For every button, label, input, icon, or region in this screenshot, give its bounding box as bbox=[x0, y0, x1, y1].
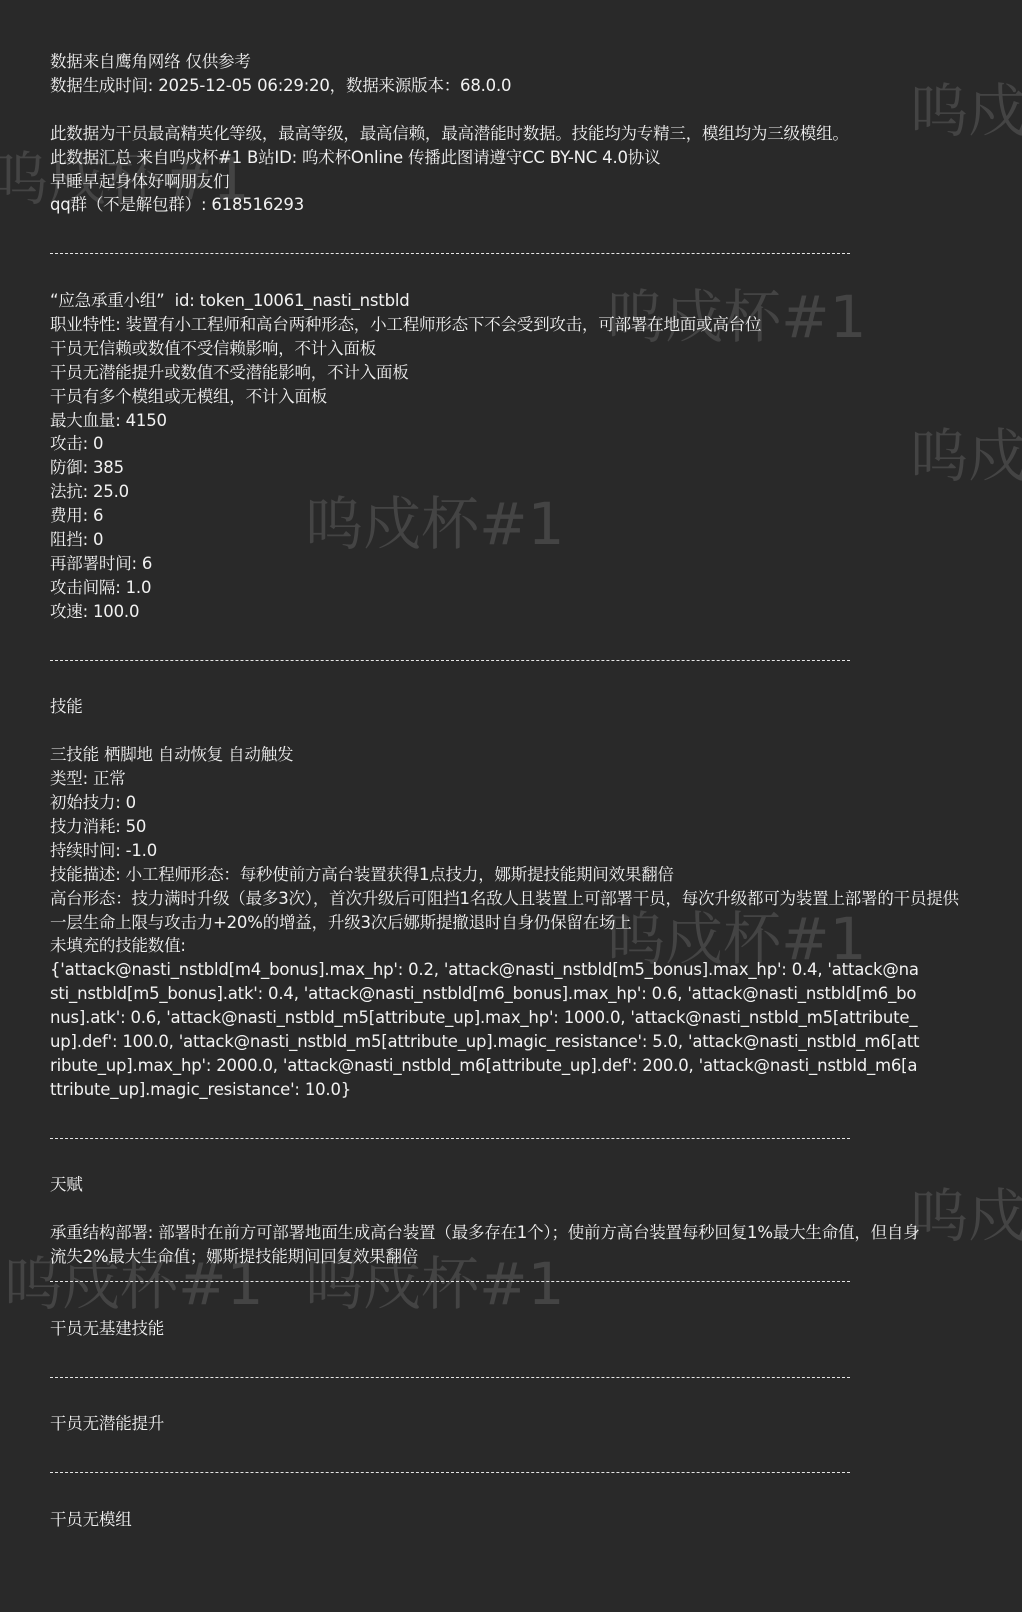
data-source-note: 数据来自鹰角网络 仅供参考 bbox=[50, 50, 990, 74]
stat-max-hp: 最大血量: 4150 bbox=[50, 409, 990, 433]
generated-time: 数据生成时间: 2025-12-05 06:29:20，数据来源版本：68.0.… bbox=[50, 74, 990, 98]
skill-description-platform: 高台形态：技力满时升级（最多3次），首次升级后可阻挡1名敌人且装置上可部署干员，… bbox=[50, 887, 975, 935]
potential-note: 干员无潜能提升或数值不受潜能影响，不计入面板 bbox=[50, 361, 990, 385]
operator-trait: 职业特性: 装置有小工程师和高台两种形态，小工程师形态下不会受到攻击，可部署在地… bbox=[50, 313, 990, 337]
qq-group: qq群（不是解包群）: 618516293 bbox=[50, 193, 990, 217]
stat-block: 阻挡: 0 bbox=[50, 528, 990, 552]
stat-atk: 攻击: 0 bbox=[50, 432, 990, 456]
trust-note: 干员无信赖或数值不受信赖影响，不计入面板 bbox=[50, 337, 990, 361]
talent-heading: 天赋 bbox=[50, 1173, 990, 1197]
unfilled-values: {'attack@nasti_nstbld[m4_bonus].max_hp':… bbox=[50, 958, 920, 1101]
stat-cost: 费用: 6 bbox=[50, 504, 990, 528]
skill-duration: 持续时间: -1.0 bbox=[50, 839, 990, 863]
divider bbox=[50, 1269, 990, 1293]
divider bbox=[50, 1126, 990, 1150]
greeting-note: 早睡早起身体好啊朋友们 bbox=[50, 170, 990, 194]
divider bbox=[50, 648, 990, 672]
divider bbox=[50, 1365, 990, 1389]
attribution-note: 此数据汇总 来自呜戍杯#1 B站ID: 呜术杯Online 传播此图请遵守CC … bbox=[50, 146, 990, 170]
unfilled-values-label: 未填充的技能数值: bbox=[50, 934, 990, 958]
divider bbox=[50, 1460, 990, 1484]
stat-atk-speed: 攻速: 100.0 bbox=[50, 600, 990, 624]
skills-heading: 技能 bbox=[50, 695, 990, 719]
module-note: 干员有多个模组或无模组，不计入面板 bbox=[50, 385, 990, 409]
module-none-note: 干员无模组 bbox=[50, 1508, 990, 1532]
skill-sp-cost: 技力消耗: 50 bbox=[50, 815, 990, 839]
potential-upgrade-note: 干员无潜能提升 bbox=[50, 1412, 990, 1436]
stat-def: 防御: 385 bbox=[50, 456, 990, 480]
skill-title: 三技能 栖脚地 自动恢复 自动触发 bbox=[50, 743, 990, 767]
divider bbox=[50, 241, 990, 265]
stat-atk-interval: 攻击间隔: 1.0 bbox=[50, 576, 990, 600]
stat-redeploy: 再部署时间: 6 bbox=[50, 552, 990, 576]
operator-title: “应急承重小组” id: token_10061_nasti_nstbld bbox=[50, 289, 990, 313]
operator-data-document: 数据来自鹰角网络 仅供参考 数据生成时间: 2025-12-05 06:29:2… bbox=[50, 50, 990, 1532]
talent-text: 承重结构部署: 部署时在前方可部署地面生成高台装置（最多存在1个）；使前方高台装… bbox=[50, 1221, 935, 1269]
infrastructure-note: 干员无基建技能 bbox=[50, 1317, 990, 1341]
skill-initial-sp: 初始技力: 0 bbox=[50, 791, 990, 815]
skill-description: 技能描述: 小工程师形态：每秒使前方高台装置获得1点技力，娜斯提技能期间效果翻倍 bbox=[50, 863, 990, 887]
stat-res: 法抗: 25.0 bbox=[50, 480, 990, 504]
skill-type: 类型: 正常 bbox=[50, 767, 990, 791]
data-scope-note: 此数据为干员最高精英化等级，最高等级，最高信赖，最高潜能时数据。技能均为专精三，… bbox=[50, 122, 990, 146]
